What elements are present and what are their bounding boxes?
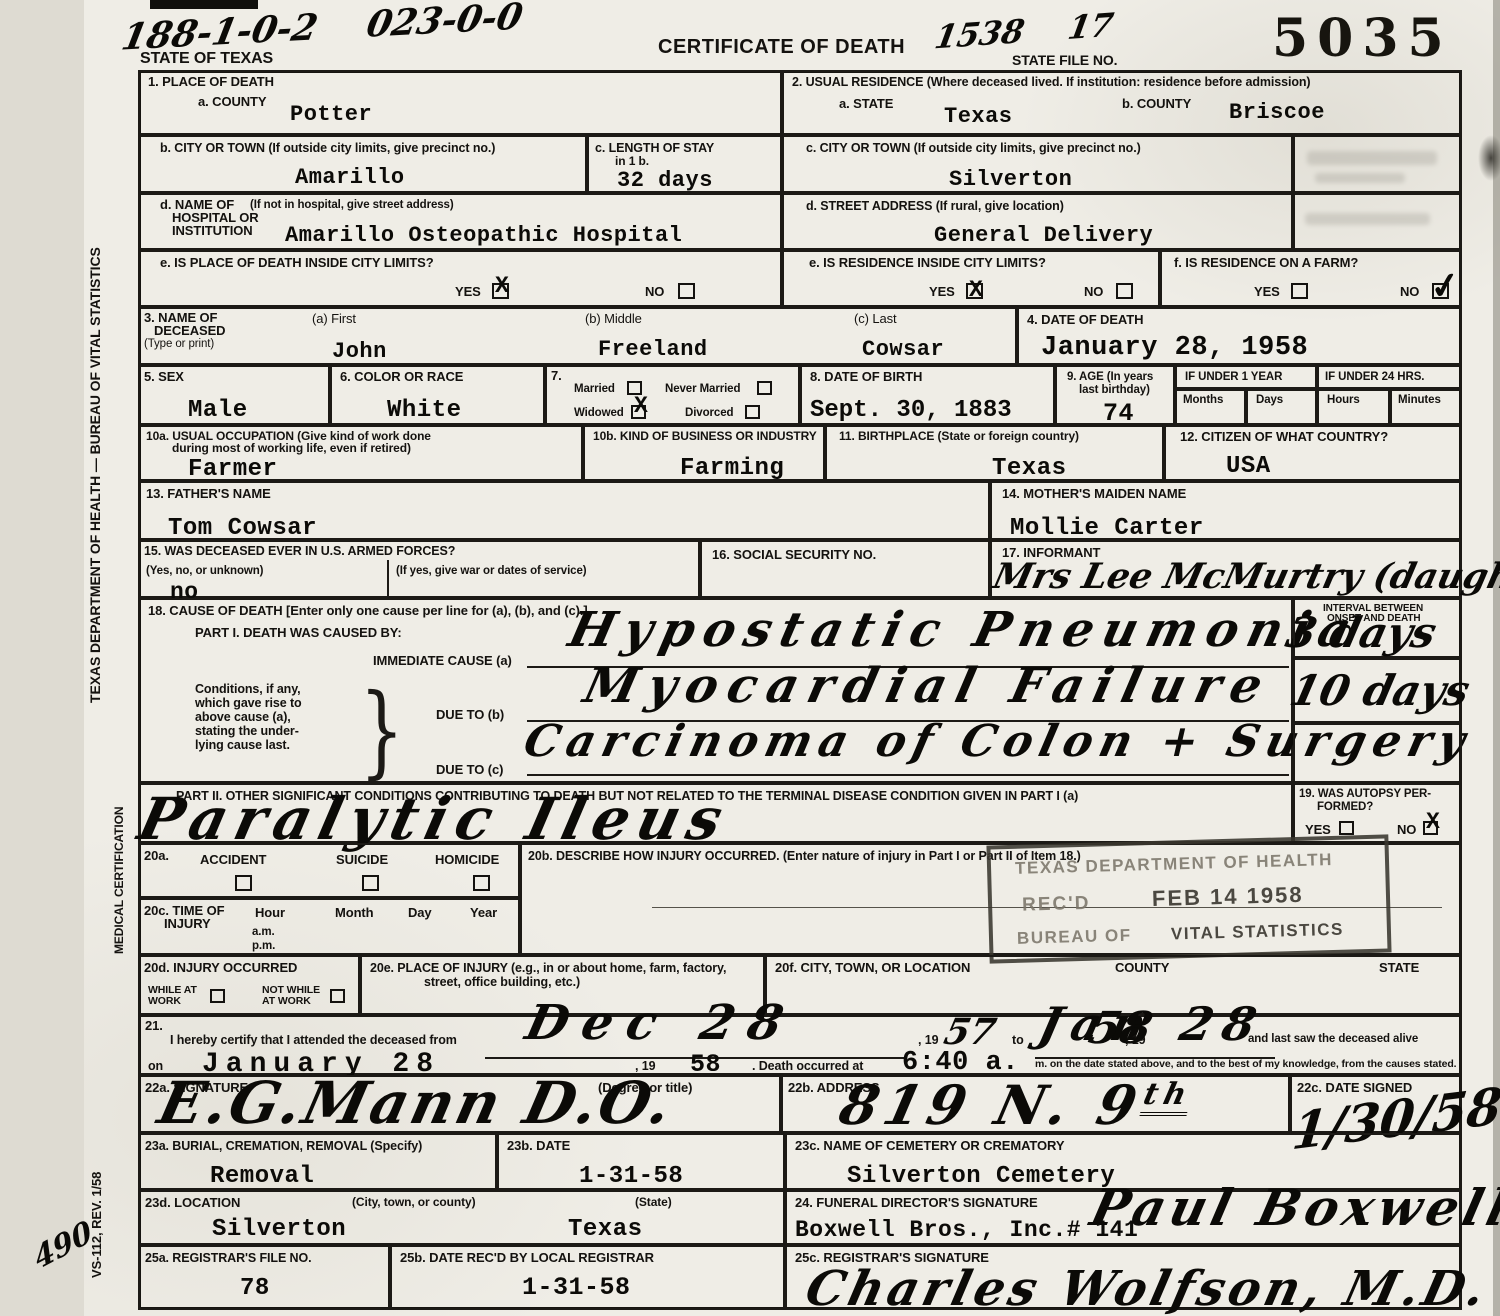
cell-23b-burial-date: 23b. DATE 1-31-58 — [497, 1133, 785, 1190]
age-label-2: last birthday) — [1079, 384, 1150, 397]
county-label: a. COUNTY — [198, 95, 266, 110]
certify-to-year: 58 — [1084, 1003, 1157, 1054]
widowed-checkbox: X — [631, 405, 646, 419]
first-name-value: John — [332, 339, 387, 364]
while-at-work-label-2: WORK — [148, 996, 181, 1008]
physician-address-main: 819 N. 9 — [834, 1073, 1149, 1137]
hospital-value: Amarillo Osteopathic Hospital — [285, 223, 682, 248]
cell-bleedthrough-1 — [1293, 135, 1462, 193]
cell-age-days: Days — [1246, 389, 1317, 425]
location-sub-state: (State) — [635, 1196, 672, 1209]
married-label: Married — [574, 383, 615, 396]
interval-a-value: 3 days — [1281, 608, 1441, 657]
certify-text-3: to — [1012, 1033, 1024, 1047]
hospital-note: (If not in hospital, give street address… — [250, 199, 454, 212]
injury-state-label: STATE — [1379, 961, 1419, 976]
death-limits-yes-checkbox: X — [492, 283, 509, 299]
cell-25a-registrar-file: 25a. REGISTRAR'S FILE NO. 78 — [138, 1245, 390, 1310]
location-state-value: Texas — [568, 1216, 643, 1243]
residence-state-label: a. STATE — [839, 97, 893, 112]
pm-label: p.m. — [252, 940, 275, 953]
burial-label: 23a. BURIAL, CREMATION, REMOVAL (Specify… — [145, 1139, 422, 1153]
farm-no-mark: ✓ — [1427, 263, 1463, 309]
age-days-label: Days — [1256, 394, 1283, 407]
scan-bleedthrough — [1305, 213, 1430, 225]
city-of-death-value: Amarillo — [295, 165, 405, 190]
armed-forces-label: 15. WAS DECEASED EVER IN U.S. ARMED FORC… — [144, 544, 455, 558]
length-of-stay-label: c. LENGTH OF STAY — [595, 141, 714, 155]
cell-23d-location: 23d. LOCATION (City, town, or county) (S… — [138, 1190, 785, 1245]
conditions-note-1: Conditions, if any, — [195, 682, 301, 696]
date-received-label: 25b. DATE REC'D BY LOCAL REGISTRAR — [400, 1251, 654, 1266]
cell-25c-registrar-signature: 25c. REGISTRAR'S SIGNATURE Charles Wolfs… — [785, 1245, 1462, 1310]
mother-name-value: Mollie Carter — [1010, 515, 1204, 542]
cell-interval-a: INTERVAL BETWEEN ONSET AND DEATH 3 days — [1293, 598, 1462, 658]
never-married-label: Never Married — [665, 383, 740, 396]
cell-residence-farm: f. IS RESIDENCE ON A FARM? YES NO ✓ — [1160, 250, 1462, 307]
sex-label: 5. SEX — [144, 370, 184, 385]
death-limits-no-checkbox — [678, 283, 695, 299]
street-address-label: d. STREET ADDRESS (If rural, give locati… — [806, 199, 1064, 213]
burial-value: Removal — [210, 1163, 314, 1190]
location-city-value: Silverton — [212, 1216, 346, 1243]
age-months-label: Months — [1183, 394, 1223, 407]
stamp-line-3a: BUREAU OF — [1017, 926, 1132, 948]
location-label: 23d. LOCATION — [145, 1196, 240, 1211]
received-stamp: TEXAS DEPARTMENT OF HEALTH REC'D FEB 14 … — [986, 834, 1391, 963]
cell-certification: 21. I hereby certify that I attended the… — [138, 1015, 1462, 1075]
citizen-label: 12. CITIZEN OF WHAT COUNTRY? — [1180, 430, 1388, 445]
date-received-value: 1-31-58 — [522, 1273, 631, 1302]
handwritten-file-number: 1538 17 — [932, 6, 1117, 57]
certify-text-5: and last saw the deceased alive — [1248, 1033, 1418, 1046]
due-to-c-line — [527, 774, 1289, 776]
stamp-line-1: TEXAS DEPARTMENT OF HEALTH — [1015, 850, 1333, 878]
industry-value: Farming — [680, 455, 784, 482]
cell-under-24-hrs-header: IF UNDER 24 HRS. — [1317, 365, 1462, 389]
location-sub-city: (City, town, or county) — [352, 1196, 475, 1209]
scan-bleedthrough — [1307, 151, 1437, 165]
am-label: a.m. — [252, 926, 275, 939]
registrar-signature-value: Charles Wolfson, M.D. — [801, 1261, 1495, 1316]
cell-ssn: 16. SOCIAL SECURITY NO. — [700, 540, 990, 598]
conditions-brace: } — [360, 672, 405, 789]
cell-cause-of-death: 18. CAUSE OF DEATH [Enter only one cause… — [138, 598, 1293, 783]
day-label: Day — [408, 906, 432, 921]
conditions-note-2: which gave rise to — [195, 696, 302, 710]
race-label: 6. COLOR OR RACE — [340, 370, 463, 385]
middle-name-value: Freeland — [598, 337, 708, 362]
residence-limits-no-label: NO — [1084, 285, 1103, 300]
residence-state-value: Texas — [944, 104, 1013, 129]
funeral-director-signature: Paul Boxwell — [1085, 1178, 1500, 1237]
manner-label: 20a. — [144, 849, 169, 864]
cemetery-label: 23c. NAME OF CEMETERY OR CREMATORY — [795, 1139, 1064, 1154]
cell-residence-city: c. CITY OR TOWN (If outside city limits,… — [782, 135, 1293, 193]
sex-value: Male — [188, 397, 248, 424]
residence-limits-yes-label: YES — [929, 285, 955, 300]
informant-value: Mrs Lee McMurtry (daughter) — [989, 556, 1500, 597]
certify-from-value: Dec 28 — [521, 995, 803, 1051]
burial-date-value: 1-31-58 — [579, 1163, 683, 1190]
accident-checkbox — [235, 875, 252, 891]
department-vertical-label: TEXAS DEPARTMENT OF HEALTH — BUREAU OF V… — [88, 235, 110, 715]
not-while-label-2: AT WORK — [262, 996, 311, 1008]
length-of-stay-sublabel: in 1 b. — [615, 155, 649, 168]
certify-text-2: , 19 — [918, 1033, 938, 1047]
funeral-director-label: 24. FUNERAL DIRECTOR'S SIGNATURE — [795, 1196, 1038, 1211]
age-minutes-label: Minutes — [1398, 394, 1441, 407]
death-limits-yes-label: YES — [455, 285, 481, 300]
state-file-no-label: STATE FILE NO. — [1012, 53, 1117, 69]
cell-interval-b: 10 days — [1293, 658, 1462, 723]
cell-street-address: d. STREET ADDRESS (If rural, give locati… — [782, 193, 1293, 250]
cell-death-city-limits: e. IS PLACE OF DEATH INSIDE CITY LIMITS?… — [138, 250, 782, 307]
stamp-line-3b: VITAL STATISTICS — [1171, 920, 1344, 944]
widowed-mark: X — [634, 393, 648, 419]
cell-usual-residence: 2. USUAL RESIDENCE (Where deceased lived… — [782, 70, 1462, 135]
industry-label: 10b. KIND OF BUSINESS OR INDUSTRY — [593, 430, 817, 443]
registrar-file-label: 25a. REGISTRAR'S FILE NO. — [145, 1251, 311, 1265]
residence-county-value: Briscoe — [1229, 100, 1325, 125]
county-value: Potter — [290, 102, 372, 127]
usual-residence-title: 2. USUAL RESIDENCE (Where deceased lived… — [792, 75, 1310, 89]
armed-forces-sub-2: (If yes, give war or dates of service) — [396, 565, 587, 578]
cell-citizen: 12. CITIZEN OF WHAT COUNTRY? USA — [1164, 425, 1462, 481]
date-of-death-value: January 28, 1958 — [1041, 333, 1308, 363]
cell-22b-address: 22b. ADDRESS 819 N. 9th — [781, 1075, 1290, 1133]
cell-part2: PART II. OTHER SIGNIFICANT CONDITIONS CO… — [138, 783, 1293, 843]
conditions-note-3: above cause (a), — [195, 710, 291, 724]
father-name-label: 13. FATHER'S NAME — [146, 487, 271, 502]
homicide-label: HOMICIDE — [435, 853, 499, 868]
farm-no-checkbox: ✓ — [1432, 283, 1449, 299]
date-of-death-label: 4. DATE OF DEATH — [1027, 313, 1143, 328]
marital-label: 7. — [551, 369, 562, 384]
autopsy-yes-checkbox — [1339, 821, 1354, 835]
autopsy-no-checkbox: X — [1423, 821, 1438, 835]
month-label: Month — [335, 906, 373, 921]
place-of-death-title: 1. PLACE OF DEATH — [148, 75, 274, 90]
cell-hospital: d. NAME OF HOSPITAL OR INSTITUTION (If n… — [138, 193, 782, 250]
conditions-note-4: stating the under- — [195, 724, 299, 738]
race-value: White — [387, 397, 462, 424]
name-label-3: (Type or print) — [144, 338, 214, 351]
father-name-value: Tom Cowsar — [168, 515, 317, 542]
street-address-value: General Delivery — [934, 223, 1153, 248]
physician-signature-value: E.G.Mann D.O. — [152, 1069, 681, 1137]
cell-date-of-death: 4. DATE OF DEATH January 28, 1958 — [1017, 307, 1462, 365]
death-certificate-scan: 188-1-0-2 023-0-0 STATE OF TEXAS CERTIFI… — [0, 0, 1500, 1316]
cell-length-of-stay: c. LENGTH OF STAY in 1 b. 32 days — [587, 135, 782, 193]
state-of-texas-label: STATE OF TEXAS — [140, 50, 273, 68]
suicide-label: SUICIDE — [336, 853, 388, 868]
cell-birthplace: 11. BIRTHPLACE (State or foreign country… — [825, 425, 1164, 481]
while-at-work-checkbox — [210, 989, 225, 1003]
autopsy-label-2: FORMED? — [1317, 801, 1373, 814]
conditions-note-5: lying cause last. — [195, 738, 290, 752]
cell-residence-city-limits: e. IS RESIDENCE INSIDE CITY LIMITS? YES … — [782, 250, 1160, 307]
last-name-value: Cowsar — [862, 337, 944, 362]
medical-certification-vertical-label: MEDICAL CERTIFICATION — [113, 765, 133, 995]
cell-20a-manner: 20a. ACCIDENT SUICIDE HOMICIDE — [138, 843, 520, 898]
occupation-label-2: during most of working life, even if ret… — [172, 442, 411, 455]
cause-part1-label: PART I. DEATH WAS CAUSED BY: — [195, 626, 402, 641]
cemetery-value: Silverton Cemetery — [847, 1163, 1115, 1190]
armed-forces-divider — [387, 560, 389, 596]
place-of-injury-label-1: 20e. PLACE OF INJURY (e.g., in or about … — [370, 961, 726, 975]
never-married-checkbox — [757, 381, 772, 395]
cell-father-name: 13. FATHER'S NAME Tom Cowsar — [138, 481, 990, 540]
injury-occurred-label: 20d. INJURY OCCURRED — [144, 961, 297, 976]
divorced-checkbox — [745, 405, 760, 419]
age-hours-label: Hours — [1327, 394, 1360, 407]
residence-farm-label: f. IS RESIDENCE ON A FARM? — [1174, 256, 1358, 271]
place-of-injury-label-2: street, office building, etc.) — [424, 975, 580, 989]
under-1-year-label: IF UNDER 1 YEAR — [1185, 371, 1282, 384]
divorced-label: Divorced — [685, 407, 733, 420]
last-name-label: (c) Last — [854, 312, 897, 327]
name-label-2: DECEASED — [154, 324, 225, 339]
widowed-label: Widowed — [574, 407, 624, 420]
burial-date-label: 23b. DATE — [507, 1139, 570, 1154]
date-of-birth-label: 8. DATE OF BIRTH — [810, 370, 922, 385]
autopsy-label-1: 19. WAS AUTOPSY PER- — [1299, 788, 1431, 801]
certify-text-6: on — [148, 1059, 163, 1073]
farm-yes-label: YES — [1254, 285, 1280, 300]
cell-race: 6. COLOR OR RACE White — [330, 365, 545, 425]
cell-under-1-year-header: IF UNDER 1 YEAR — [1175, 365, 1317, 389]
cell-25b-date-received: 25b. DATE REC'D BY LOCAL REGISTRAR 1-31-… — [390, 1245, 785, 1310]
death-limits-yes-mark: X — [495, 273, 509, 299]
cell-mother-name: 14. MOTHER'S MAIDEN NAME Mollie Carter — [990, 481, 1462, 540]
autopsy-no-mark: X — [1426, 809, 1440, 835]
occupation-value: Farmer — [188, 456, 277, 483]
certify-number: 21. — [145, 1019, 163, 1034]
cell-date-of-birth: 8. DATE OF BIRTH Sept. 30, 1883 — [800, 365, 1055, 425]
birthplace-label: 11. BIRTHPLACE (State or foreign country… — [839, 430, 1079, 443]
certificate-title: CERTIFICATE OF DEATH — [658, 36, 905, 58]
ssn-label: 16. SOCIAL SECURITY NO. — [712, 548, 876, 563]
cell-20c-time: 20c. TIME OF INJURY Hour a.m. p.m. Month… — [138, 898, 520, 955]
certify-from-year: 57 — [940, 1011, 1000, 1053]
cell-industry: 10b. KIND OF BUSINESS OR INDUSTRY Farmin… — [583, 425, 825, 481]
injury-county-label: COUNTY — [1115, 961, 1169, 976]
hour-label: Hour — [255, 906, 285, 921]
stamp-date: FEB 14 1958 — [1152, 883, 1304, 912]
certify-text-8: . Death occurred at — [752, 1059, 863, 1073]
cell-23a-burial: 23a. BURIAL, CREMATION, REMOVAL (Specify… — [138, 1133, 497, 1190]
armed-forces-sub-1: (Yes, no, or unknown) — [146, 565, 263, 578]
cell-informant: 17. INFORMANT Mrs Lee McMurtry (daughter… — [990, 540, 1462, 598]
mother-name-label: 14. MOTHER'S MAIDEN NAME — [1002, 487, 1186, 502]
cause-title: 18. CAUSE OF DEATH [Enter only one cause… — [148, 604, 588, 619]
scan-bleedthrough — [1315, 173, 1405, 183]
length-of-stay-value: 32 days — [617, 168, 713, 193]
immediate-cause-label: IMMEDIATE CAUSE (a) — [373, 654, 512, 669]
residence-limits-yes-mark: X — [969, 277, 983, 303]
cell-22a-signature: 22a. SIGNATURE (Degree or title) E.G.Man… — [138, 1075, 781, 1133]
scan-artifact-left-strip — [0, 0, 84, 1316]
cell-marital-status: 7. Married Never Married Widowed X Divor… — [545, 365, 800, 425]
cell-interval-c — [1293, 723, 1462, 783]
date-of-birth-value: Sept. 30, 1883 — [810, 397, 1012, 424]
certify-text-9: m. on the date stated above, and to the … — [1035, 1059, 1457, 1071]
cell-22c-date-signed: 22c. DATE SIGNED 1/30/58 — [1290, 1075, 1462, 1133]
cell-armed-forces: 15. WAS DECEASED EVER IN U.S. ARMED FORC… — [138, 540, 700, 598]
residence-city-value: Silverton — [949, 167, 1072, 192]
interval-b-value: 10 days — [1285, 666, 1474, 715]
residence-city-label: c. CITY OR TOWN (If outside city limits,… — [806, 141, 1141, 155]
cell-sex: 5. SEX Male — [138, 365, 330, 425]
death-city-limits-label: e. IS PLACE OF DEATH INSIDE CITY LIMITS? — [160, 256, 434, 271]
residence-limits-no-checkbox — [1116, 283, 1133, 299]
due-to-b-label: DUE TO (b) — [436, 708, 504, 723]
cell-24-funeral-director: 24. FUNERAL DIRECTOR'S SIGNATURE Boxwell… — [785, 1190, 1462, 1245]
first-name-label: (a) First — [312, 312, 356, 327]
scan-artifact-top-bar — [150, 0, 258, 9]
cell-age-minutes: Minutes — [1390, 389, 1462, 425]
not-while-checkbox — [330, 989, 345, 1003]
year-label: Year — [470, 906, 497, 921]
autopsy-no-label: NO — [1397, 823, 1416, 838]
age-label-1: 9. AGE (In years — [1067, 371, 1153, 384]
stamp-recd-label: REC'D — [1022, 893, 1091, 916]
cell-city-of-death: b. CITY OR TOWN (If outside city limits,… — [138, 135, 587, 193]
registrar-file-value: 78 — [240, 1275, 270, 1302]
certify-text-1: I hereby certify that I attended the dec… — [170, 1033, 457, 1047]
city-of-death-label: b. CITY OR TOWN (If outside city limits,… — [160, 141, 495, 155]
farm-yes-checkbox — [1291, 283, 1308, 299]
cell-age: 9. AGE (In years last birthday) 74 — [1055, 365, 1175, 425]
state-file-number-stamp: 5035 — [1272, 8, 1453, 69]
injury-city-label: 20f. CITY, TOWN, OR LOCATION — [775, 961, 970, 976]
death-limits-no-label: NO — [645, 285, 664, 300]
residence-limits-yes-checkbox: X — [966, 283, 983, 299]
birthplace-value: Texas — [992, 455, 1067, 482]
suicide-checkbox — [362, 875, 379, 891]
under-24-hrs-label: IF UNDER 24 HRS. — [1325, 371, 1424, 384]
cell-bleedthrough-2 — [1293, 193, 1462, 250]
immediate-cause-value: Hypostatic Pneumonia — [564, 602, 1366, 658]
due-to-b-value: Myocardial Failure — [579, 658, 1278, 714]
residence-limits-label: e. IS RESIDENCE INSIDE CITY LIMITS? — [809, 256, 1046, 271]
time-of-injury-label-2: INJURY — [164, 917, 211, 932]
physician-address-value: 819 N. 9th — [834, 1073, 1197, 1137]
physician-address-sup: th — [1139, 1077, 1196, 1116]
hospital-label-3: INSTITUTION — [172, 224, 253, 239]
cell-place-of-death: 1. PLACE OF DEATH a. COUNTY Potter — [138, 70, 782, 135]
age-value: 74 — [1103, 399, 1134, 428]
residence-county-label: b. COUNTY — [1122, 97, 1191, 112]
scan-artifact-right-blob — [1478, 135, 1500, 181]
accident-label: ACCIDENT — [200, 853, 266, 868]
cell-name-of-deceased: 3. NAME OF DECEASED (Type or print) (a) … — [138, 307, 1017, 365]
homicide-checkbox — [473, 875, 490, 891]
cell-age-months: Months — [1175, 389, 1246, 425]
cell-20d-occurred: 20d. INJURY OCCURRED WHILE AT WORK NOT W… — [138, 955, 360, 1015]
cell-occupation: 10a. USUAL OCCUPATION (Give kind of work… — [138, 425, 583, 481]
due-to-c-label: DUE TO (c) — [436, 763, 503, 778]
form-code-vertical-label: VS-112, REV. 1/58 — [90, 1140, 110, 1310]
cell-age-hours: Hours — [1317, 389, 1390, 425]
middle-name-label: (b) Middle — [585, 312, 642, 327]
citizen-value: USA — [1226, 453, 1271, 480]
farm-no-label: NO — [1400, 285, 1419, 300]
